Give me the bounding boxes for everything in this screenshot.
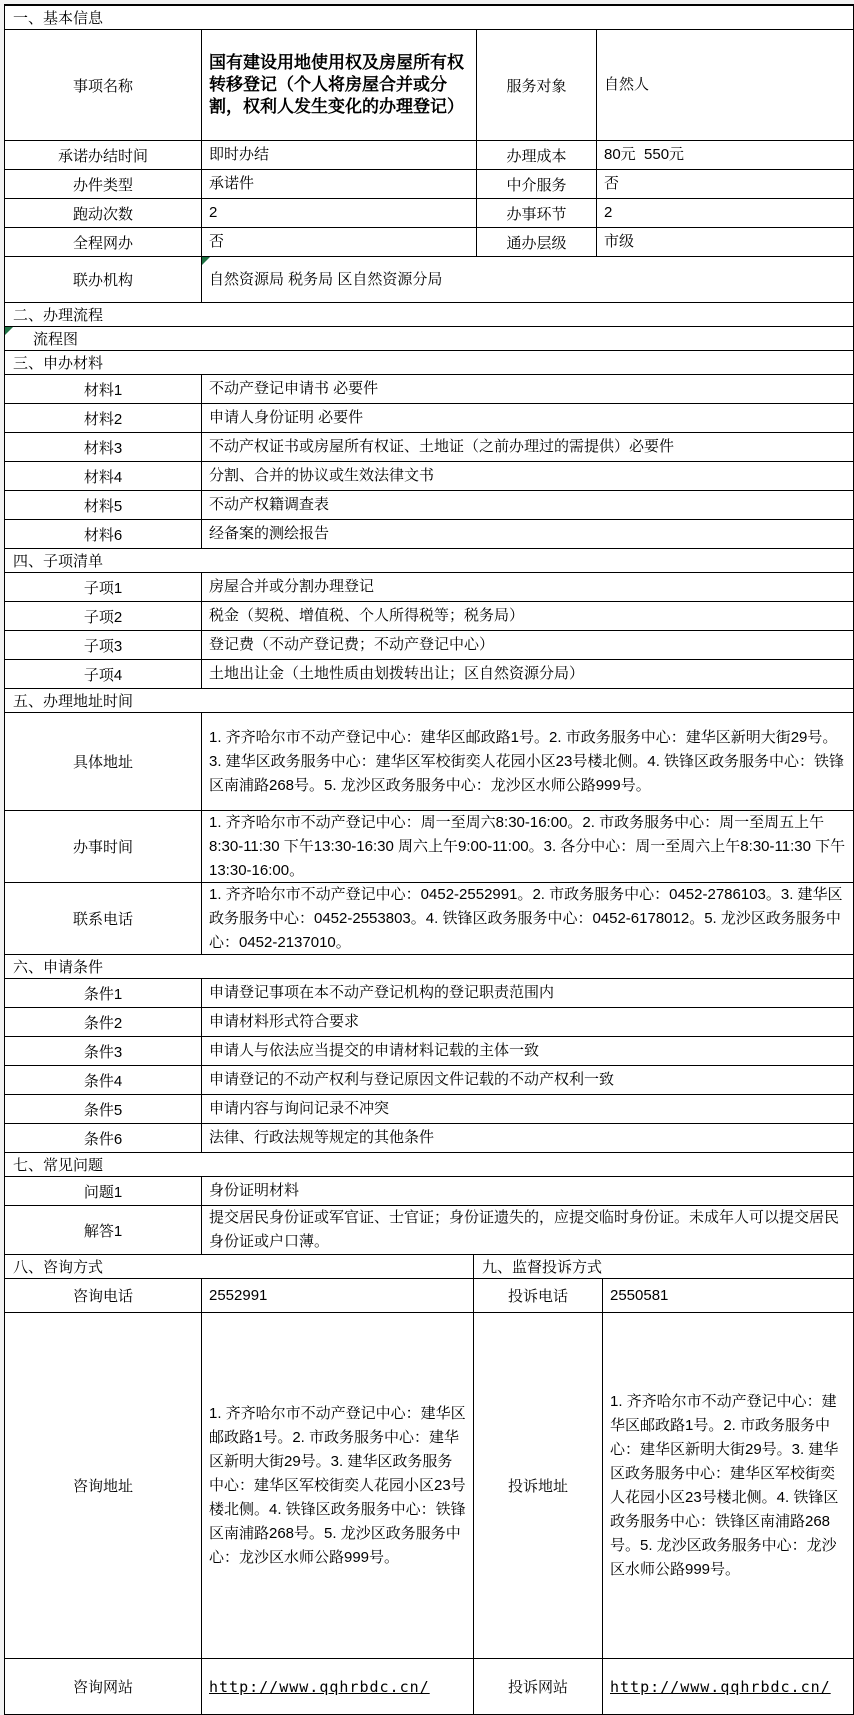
complaint-website-link[interactable]: http://www.qqhrbdc.cn/ [610,1675,831,1699]
comment-marker-icon [202,257,210,265]
cost-value: 80元 550元 [597,141,853,169]
section-header-faq: 七、常见问题 [5,1153,853,1177]
material-label: 材料2 [5,404,202,432]
section-header-materials: 三、申办材料 [5,351,853,375]
joint-org-value: 自然资源局 税务局 区自然资源分局 [209,268,442,292]
row-joint-org: 联办机构 自然资源局 税务局 区自然资源分局 [5,257,853,303]
section-header-subitems: 四、子项清单 [5,549,853,573]
row-case-type: 办件类型 承诺件 中介服务 否 [5,170,853,199]
page: { "colors": { "page_background": "#f2f2f… [0,4,854,1715]
material-row: 材料6 经备案的测绘报告 [5,520,853,549]
section-header-process: 二、办理流程 [5,303,853,327]
condition-row: 条件4 申请登记的不动产权利与登记原因文件记载的不动产权利一致 [5,1066,853,1095]
faq-answer-row: 解答1 提交居民身份证或军官证、士官证；身份证遗失的，应提交临时身份证。未成年人… [5,1206,853,1255]
section-header-complaint: 九、监督投诉方式 [474,1255,853,1278]
subitem-value: 登记费（不动产登记费；不动产登记中心） [202,631,853,659]
complaint-website-label: 投诉网站 [474,1659,603,1714]
agency-service-value: 否 [597,170,853,198]
deadline-label: 承诺办结时间 [5,141,202,169]
row-flowchart: 流程图 [5,327,853,351]
office-hours-value: 1. 齐齐哈尔市不动产登记中心：周一至周六8:30-16:00。2. 市政务服务… [202,811,853,882]
deadline-value: 即时办结 [202,141,477,169]
cost-label: 办理成本 [477,141,597,169]
faq-answer-value: 提交居民身份证或军官证、士官证；身份证遗失的，应提交临时身份证。未成年人可以提交… [202,1206,853,1254]
subitem-label: 子项1 [5,573,202,601]
agency-service-label: 中介服务 [477,170,597,198]
joint-org-label: 联办机构 [5,257,202,302]
comment-marker-icon [5,327,13,335]
row-websites: 咨询网站 http://www.qqhrbdc.cn/ 投诉网站 http://… [5,1659,853,1714]
condition-value: 申请材料形式符合要求 [202,1008,853,1036]
consult-website-link[interactable]: http://www.qqhrbdc.cn/ [209,1675,430,1699]
consult-address-value: 1. 齐齐哈尔市不动产登记中心：建华区邮政路1号。2. 市政务服务中心：建华区新… [202,1313,474,1658]
complaint-address-value: 1. 齐齐哈尔市不动产登记中心：建华区邮政路1号。2. 市政务服务中心：建华区新… [603,1313,853,1658]
case-type-value: 承诺件 [202,170,477,198]
joint-org-cell: 自然资源局 税务局 区自然资源分局 [202,257,853,302]
consult-website-cell: http://www.qqhrbdc.cn/ [202,1659,474,1714]
row-address: 具体地址 1. 齐齐哈尔市不动产登记中心：建华区邮政路1号。2. 市政务服务中心… [5,713,853,811]
service-item-table: 一、基本信息 事项名称 国有建设用地使用权及房屋所有权转移登记（个人将房屋合并或… [4,4,854,1715]
level-label: 通办层级 [477,228,597,256]
section-header-consult: 八、咨询方式 [5,1255,474,1278]
condition-label: 条件6 [5,1124,202,1152]
contact-phone-label: 联系电话 [5,883,202,954]
complaint-phone-value: 2550581 [603,1279,853,1312]
service-target-label: 服务对象 [477,30,597,140]
consult-phone-value: 2552991 [202,1279,474,1312]
row-deadline: 承诺办结时间 即时办结 办理成本 80元 550元 [5,141,853,170]
condition-label: 条件5 [5,1095,202,1123]
consult-address-label: 咨询地址 [5,1313,202,1658]
subitem-row: 子项4 土地出让金（土地性质由划拨转出让；区自然资源分局） [5,660,853,689]
condition-value: 申请内容与询问记录不冲突 [202,1095,853,1123]
flowchart-label: 流程图 [33,328,78,349]
subitem-row: 子项1 房屋合并或分割办理登记 [5,573,853,602]
subitem-label: 子项2 [5,602,202,630]
faq-question-label: 问题1 [5,1177,202,1205]
condition-row: 条件6 法律、行政法规等规定的其他条件 [5,1124,853,1153]
row-addresses: 咨询地址 1. 齐齐哈尔市不动产登记中心：建华区邮政路1号。2. 市政务服务中心… [5,1313,853,1659]
material-value: 不动产权证书或房屋所有权证、土地证（之前办理过的需提供）必要件 [202,433,853,461]
material-value: 不动产权籍调查表 [202,491,853,519]
section-header-address-time: 五、办理地址时间 [5,689,853,713]
faq-question-value: 身份证明材料 [202,1177,853,1205]
condition-label: 条件3 [5,1037,202,1065]
online-label: 全程网办 [5,228,202,256]
office-hours-label: 办事时间 [5,811,202,882]
material-row: 材料3 不动产权证书或房屋所有权证、土地证（之前办理过的需提供）必要件 [5,433,853,462]
material-label: 材料1 [5,375,202,403]
address-label: 具体地址 [5,713,202,810]
material-row: 材料4 分割、合并的协议或生效法律文书 [5,462,853,491]
faq-question-row: 问题1 身份证明材料 [5,1177,853,1206]
condition-row: 条件3 申请人与依法应当提交的申请材料记载的主体一致 [5,1037,853,1066]
steps-value: 2 [597,199,853,227]
condition-row: 条件2 申请材料形式符合要求 [5,1008,853,1037]
material-label: 材料4 [5,462,202,490]
row-trips: 跑动次数 2 办事环节 2 [5,199,853,228]
condition-row: 条件1 申请登记事项在本不动产登记机构的登记职责范围内 [5,979,853,1008]
subitem-row: 子项3 登记费（不动产登记费；不动产登记中心） [5,631,853,660]
material-row: 材料5 不动产权籍调查表 [5,491,853,520]
condition-row: 条件5 申请内容与询问记录不冲突 [5,1095,853,1124]
condition-value: 法律、行政法规等规定的其他条件 [202,1124,853,1152]
service-target-value: 自然人 [597,30,853,140]
complaint-address-label: 投诉地址 [474,1313,603,1658]
complaint-phone-label: 投诉电话 [474,1279,603,1312]
level-value: 市级 [597,228,853,256]
condition-value: 申请登记的不动产权利与登记原因文件记载的不动产权利一致 [202,1066,853,1094]
material-label: 材料6 [5,520,202,548]
material-row: 材料1 不动产登记申请书 必要件 [5,375,853,404]
row-office-hours: 办事时间 1. 齐齐哈尔市不动产登记中心：周一至周六8:30-16:00。2. … [5,811,853,883]
material-value: 申请人身份证明 必要件 [202,404,853,432]
row-contact-phone: 联系电话 1. 齐齐哈尔市不动产登记中心：0452-2552991。2. 市政务… [5,883,853,955]
row-online: 全程网办 否 通办层级 市级 [5,228,853,257]
trips-label: 跑动次数 [5,199,202,227]
flowchart-cell: 流程图 [5,327,853,350]
condition-label: 条件2 [5,1008,202,1036]
subitem-label: 子项3 [5,631,202,659]
condition-value: 申请人与依法应当提交的申请材料记载的主体一致 [202,1037,853,1065]
faq-answer-label: 解答1 [5,1206,202,1254]
address-value: 1. 齐齐哈尔市不动产登记中心：建华区邮政路1号。2. 市政务服务中心：建华区新… [202,713,853,810]
material-value: 不动产登记申请书 必要件 [202,375,853,403]
material-row: 材料2 申请人身份证明 必要件 [5,404,853,433]
consult-phone-label: 咨询电话 [5,1279,202,1312]
subitem-label: 子项4 [5,660,202,688]
condition-label: 条件1 [5,979,202,1007]
consult-website-label: 咨询网站 [5,1659,202,1714]
material-value: 分割、合并的协议或生效法律文书 [202,462,853,490]
trips-value: 2 [202,199,477,227]
material-label: 材料5 [5,491,202,519]
item-name-value: 国有建设用地使用权及房屋所有权转移登记（个人将房屋合并或分割，权利人发生变化的办… [202,30,477,140]
complaint-website-cell: http://www.qqhrbdc.cn/ [603,1659,853,1714]
subitem-value: 土地出让金（土地性质由划拨转出让；区自然资源分局） [202,660,853,688]
section-header-basic-info: 一、基本信息 [5,6,853,30]
material-value: 经备案的测绘报告 [202,520,853,548]
row-item-name: 事项名称 国有建设用地使用权及房屋所有权转移登记（个人将房屋合并或分割，权利人发… [5,30,853,141]
row-hotlines: 咨询电话 2552991 投诉电话 2550581 [5,1279,853,1313]
material-label: 材料3 [5,433,202,461]
subitem-row: 子项2 税金（契税、增值税、个人所得税等；税务局） [5,602,853,631]
row-split-headers: 八、咨询方式 九、监督投诉方式 [5,1255,853,1279]
item-name-label: 事项名称 [5,30,202,140]
section-header-conditions: 六、申请条件 [5,955,853,979]
condition-label: 条件4 [5,1066,202,1094]
steps-label: 办事环节 [477,199,597,227]
online-value: 否 [202,228,477,256]
case-type-label: 办件类型 [5,170,202,198]
contact-phone-value: 1. 齐齐哈尔市不动产登记中心：0452-2552991。2. 市政务服务中心：… [202,883,853,954]
subitem-value: 房屋合并或分割办理登记 [202,573,853,601]
subitem-value: 税金（契税、增值税、个人所得税等；税务局） [202,602,853,630]
condition-value: 申请登记事项在本不动产登记机构的登记职责范围内 [202,979,853,1007]
